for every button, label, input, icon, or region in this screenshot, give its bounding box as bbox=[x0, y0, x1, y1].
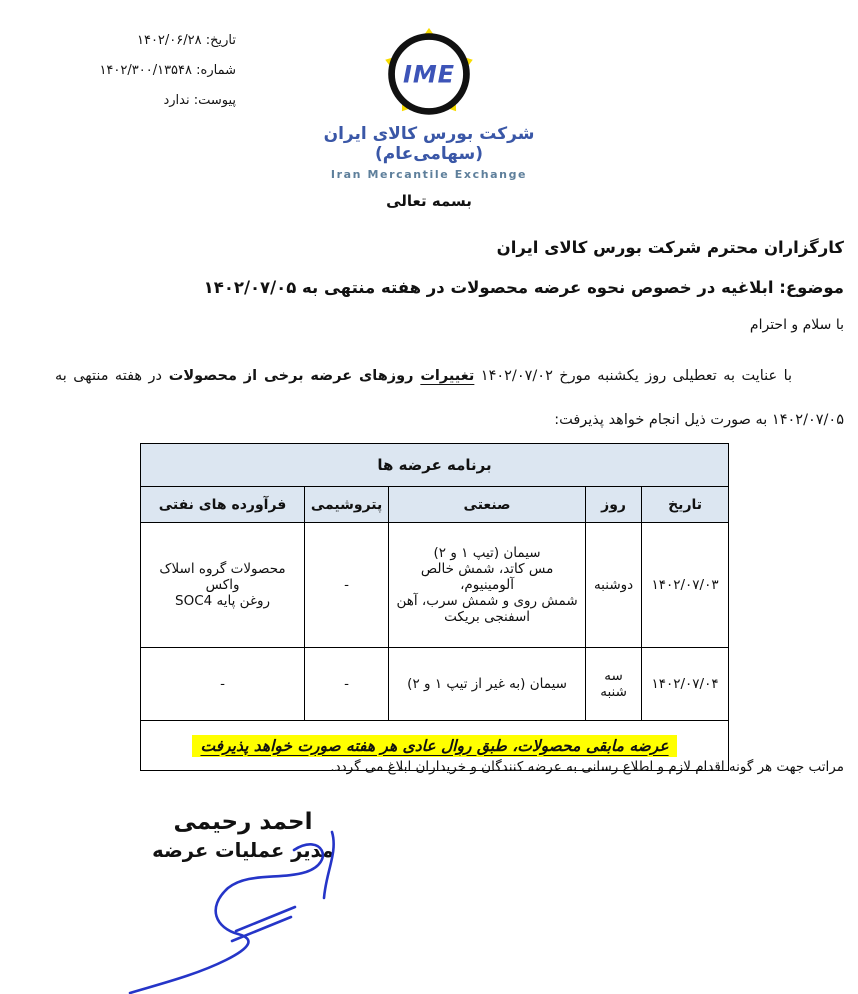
table-row: ۱۴۰۲/۰۷/۰۴ سه شنبه سیمان (به غیر از تیپ … bbox=[141, 648, 729, 721]
highlighted-note: عرضه مابقی محصولات، طبق روال عادی هر هفت… bbox=[192, 735, 676, 757]
meta-attachment-label: پیوست: bbox=[194, 93, 236, 108]
table-title-row: برنامه عرضه ها bbox=[141, 444, 729, 487]
salutation-line: با سلام و احترام bbox=[750, 317, 844, 333]
table-row: ۱۴۰۲/۰۷/۰۳ دوشنبه سیمان (تیپ ۱ و ۲) مس ک… bbox=[141, 523, 729, 648]
day-cell: دوشنبه bbox=[586, 523, 642, 648]
oil-products-cell: محصولات گروه اسلاک واکس روغن پایه SOC4 bbox=[141, 523, 305, 648]
table-header-row: تاریخ روز صنعتی پتروشیمی فرآورده های نفت… bbox=[141, 487, 729, 523]
meta-date-value: ۱۴۰۲/۰۶/۲۸ bbox=[137, 33, 202, 48]
org-name-fa: شرکت بورس کالای ایران (سهامی‌عام) bbox=[269, 124, 589, 164]
body-text-bold: روزهای عرضه برخی از محصولات bbox=[162, 368, 420, 384]
ime-logo-text: IME bbox=[403, 61, 455, 89]
besmele-line: بسمه تعالی bbox=[0, 192, 858, 210]
date-cell: ۱۴۰۲/۰۷/۰۴ bbox=[642, 648, 729, 721]
ime-logo-icon: IME bbox=[381, 26, 477, 122]
industrial-cell: سیمان (به غیر از تیپ ۱ و ۲) bbox=[389, 648, 586, 721]
header-petrochemical: پتروشیمی bbox=[305, 487, 389, 523]
header-date: تاریخ bbox=[642, 487, 729, 523]
org-name-en: Iran Mercantile Exchange bbox=[269, 168, 589, 181]
meta-number: شماره: ۱۴۰۲/۳۰۰/۱۳۵۴۸ bbox=[28, 56, 236, 86]
body-text-changes: تغییرات bbox=[420, 368, 474, 384]
petrochemical-cell: - bbox=[305, 523, 389, 648]
date-cell: ۱۴۰۲/۰۷/۰۳ bbox=[642, 523, 729, 648]
body-text-1: با عنایت به تعطیلی روز یکشنبه مورخ ۱۴۰۲/… bbox=[474, 368, 792, 384]
header-day: روز bbox=[586, 487, 642, 523]
meta-date: تاریخ: ۱۴۰۲/۰۶/۲۸ bbox=[28, 26, 236, 56]
signature-block: احمد رحیمی مدیر عملیات عرضه bbox=[128, 806, 358, 864]
oil-products-cell: - bbox=[141, 648, 305, 721]
letter-page: تاریخ: ۱۴۰۲/۰۶/۲۸ شماره: ۱۴۰۲/۳۰۰/۱۳۵۴۸ … bbox=[0, 0, 858, 994]
letter-meta: تاریخ: ۱۴۰۲/۰۶/۲۸ شماره: ۱۴۰۲/۳۰۰/۱۳۵۴۸ … bbox=[28, 26, 236, 116]
signer-title: مدیر عملیات عرضه bbox=[128, 838, 358, 863]
meta-attachment: پیوست: ندارد bbox=[28, 86, 236, 116]
closing-line: مراتب جهت هر گونه اقدام لازم و اطلاع رسا… bbox=[330, 759, 844, 775]
industrial-cell: سیمان (تیپ ۱ و ۲) مس کاتد، شمش خالص آلوم… bbox=[389, 523, 586, 648]
header-industrial: صنعتی bbox=[389, 487, 586, 523]
day-cell: سه شنبه bbox=[586, 648, 642, 721]
body-paragraph: با عنایت به تعطیلی روز یکشنبه مورخ ۱۴۰۲/… bbox=[55, 354, 844, 442]
recipient-line: کارگزاران محترم شرکت بورس کالای ایران bbox=[497, 238, 844, 257]
subject-line: موضوع: ابلاغیه در خصوص نحوه عرضه محصولات… bbox=[204, 278, 844, 297]
header-oil-products: فرآورده های نفتی bbox=[141, 487, 305, 523]
meta-date-label: تاریخ: bbox=[206, 33, 236, 48]
meta-number-label: شماره: bbox=[196, 63, 236, 78]
table-title: برنامه عرضه ها bbox=[141, 444, 729, 487]
meta-number-value: ۱۴۰۲/۳۰۰/۱۳۵۴۸ bbox=[99, 63, 192, 78]
supply-schedule-table: برنامه عرضه ها تاریخ روز صنعتی پتروشیمی … bbox=[140, 443, 729, 771]
meta-attachment-value: ندارد bbox=[163, 93, 189, 108]
letterhead: IME شرکت بورس کالای ایران (سهامی‌عام) Ir… bbox=[269, 26, 589, 181]
signer-name: احمد رحیمی bbox=[128, 806, 358, 838]
petrochemical-cell: - bbox=[305, 648, 389, 721]
